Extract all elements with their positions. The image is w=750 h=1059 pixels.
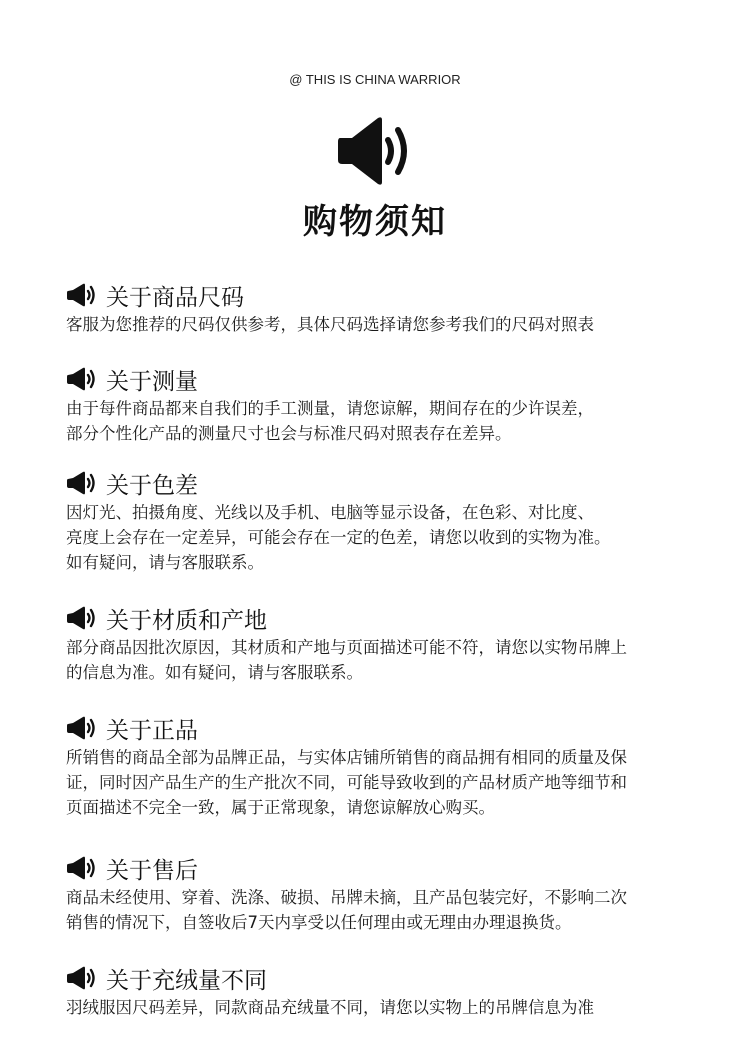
section-header: 关于材质和产地 [66,603,696,633]
section-line: 页面描述不完全一致，属于正常现象，请您谅解放心购买。 [66,795,696,820]
section-line: 如有疑问，请与客服联系。 [66,550,696,575]
section-header: 关于色差 [66,468,696,498]
section-title: 关于商品尺码 [106,279,244,312]
section-line: 销售的情况下，自签收后7天内享受以任何理由或无理由办理退换货。 [66,910,696,935]
section-header: 关于充绒量不同 [66,963,696,993]
section-body: 因灯光、拍摄角度、光线以及手机、电脑等显示设备，在色彩、对比度、亮度上会存在一定… [66,500,696,575]
speaker-icon [66,606,96,630]
section-title: 关于测量 [106,363,198,396]
notice-section: 关于售后商品未经使用、穿着、洗涤、破损、吊牌未摘，且产品包装完好，不影响二次销售… [66,853,696,935]
speaker-icon [66,856,96,880]
section-header: 关于售后 [66,853,696,883]
section-line: 的信息为准。如有疑问，请与客服联系。 [66,660,696,685]
section-title: 关于材质和产地 [106,602,267,635]
section-header: 关于正品 [66,713,696,743]
section-line: 部分个性化产品的测量尺寸也会与标准尺码对照表存在差异。 [66,421,696,446]
speaker-icon [66,966,96,990]
section-title: 关于充绒量不同 [106,962,267,995]
section-body: 部分商品因批次原因，其材质和产地与页面描述可能不符，请您以实物吊牌上的信息为准。… [66,635,696,685]
section-body: 由于每件商品都来自我们的手工测量，请您谅解，期间存在的少许误差，部分个性化产品的… [66,396,696,446]
speaker-icon [336,116,414,186]
section-line: 客服为您推荐的尺码仅供参考，具体尺码选择请您参考我们的尺码对照表 [66,312,696,337]
section-title: 关于正品 [106,712,198,745]
notice-section: 关于充绒量不同羽绒服因尺码差异，同款商品充绒量不同，请您以实物上的吊牌信息为准 [66,963,696,1020]
section-title: 关于色差 [106,467,198,500]
section-body: 羽绒服因尺码差异，同款商品充绒量不同，请您以实物上的吊牌信息为准 [66,995,696,1020]
section-body: 商品未经使用、穿着、洗涤、破损、吊牌未摘，且产品包装完好，不影响二次销售的情况下… [66,885,696,935]
section-line: 亮度上会存在一定差异，可能会存在一定的色差，请您以收到的实物为准。 [66,525,696,550]
section-line: 由于每件商品都来自我们的手工测量，请您谅解，期间存在的少许误差， [66,396,696,421]
section-line: 证，同时因产品生产的生产批次不同，可能导致收到的产品材质产地等细节和 [66,770,696,795]
section-line: 部分商品因批次原因，其材质和产地与页面描述可能不符，请您以实物吊牌上 [66,635,696,660]
speaker-icon [66,471,96,495]
section-line: 商品未经使用、穿着、洗涤、破损、吊牌未摘，且产品包装完好，不影响二次 [66,885,696,910]
section-line: 羽绒服因尺码差异，同款商品充绒量不同，请您以实物上的吊牌信息为准 [66,995,696,1020]
notice-section: 关于商品尺码客服为您推荐的尺码仅供参考，具体尺码选择请您参考我们的尺码对照表 [66,280,696,337]
section-header: 关于测量 [66,364,696,394]
section-title: 关于售后 [106,852,198,885]
brand-text: @ THIS IS CHINA WARRIOR [0,72,750,87]
section-header: 关于商品尺码 [66,280,696,310]
speaker-icon [66,283,96,307]
section-body: 客服为您推荐的尺码仅供参考，具体尺码选择请您参考我们的尺码对照表 [66,312,696,337]
speaker-icon [66,367,96,391]
notice-section: 关于正品所销售的商品全部为品牌正品，与实体店铺所销售的商品拥有相同的质量及保证，… [66,713,696,820]
section-line: 所销售的商品全部为品牌正品，与实体店铺所销售的商品拥有相同的质量及保 [66,745,696,770]
page-title: 购物须知 [0,194,750,243]
notice-section: 关于测量由于每件商品都来自我们的手工测量，请您谅解，期间存在的少许误差，部分个性… [66,364,696,446]
speaker-icon [66,716,96,740]
notice-section: 关于色差因灯光、拍摄角度、光线以及手机、电脑等显示设备，在色彩、对比度、亮度上会… [66,468,696,575]
section-body: 所销售的商品全部为品牌正品，与实体店铺所销售的商品拥有相同的质量及保证，同时因产… [66,745,696,820]
notice-section: 关于材质和产地部分商品因批次原因，其材质和产地与页面描述可能不符，请您以实物吊牌… [66,603,696,685]
section-line: 因灯光、拍摄角度、光线以及手机、电脑等显示设备，在色彩、对比度、 [66,500,696,525]
